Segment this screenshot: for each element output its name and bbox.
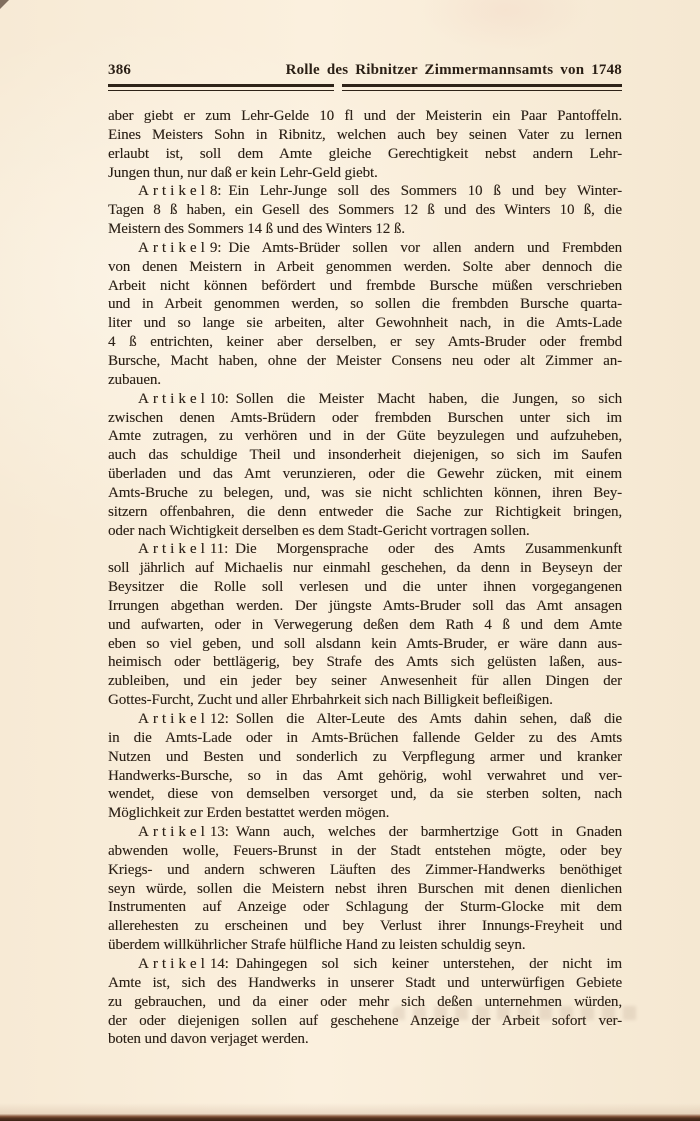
artikel-number: 10: — [210, 391, 229, 407]
text-line: boten und davon verjaget werden. — [108, 1030, 622, 1049]
paragraph-artikel-11: Artikel11:Die Morgensprache oder des Amt… — [108, 540, 622, 710]
paragraph-artikel-9: Artikel9:Die Amts-Brüder sollen vor alle… — [108, 239, 622, 390]
text-line: Artikel10:Sollen die Meister Macht haben… — [108, 390, 622, 409]
text-line: allerehesten zu erscheinen und bey Verlu… — [108, 917, 622, 936]
artikel-label: Artikel — [138, 183, 209, 199]
text-line: wendet, diese von demselben versorget un… — [108, 785, 622, 804]
page-number: 386 — [108, 62, 131, 79]
artikel-first-line: Die Morgensprache oder des Amts Zusammen… — [235, 541, 622, 557]
paragraph-artikel-12: Artikel12:Sollen die Alter-Leute des Amt… — [108, 710, 622, 823]
artikel-number: 13: — [210, 824, 229, 840]
text-line: zubauen. — [108, 371, 622, 390]
text-line: heimisch oder bettlägerig, bey Strafe de… — [108, 653, 622, 672]
text-line: 4 ß entrichten, keiner aber derselben, e… — [108, 333, 622, 352]
text-line: oder nach Wichtigkeit derselben es dem S… — [108, 522, 622, 541]
text-line: und aufwarten, oder in Verwegerung deßen… — [108, 616, 622, 635]
text-line: Arbeit nicht können befördert und frembd… — [108, 277, 622, 296]
artikel-number: 9: — [210, 240, 221, 256]
text-line: und in Arbeit genommen werden, so sollen… — [108, 295, 622, 314]
text-line: Kriegs- und andern schweren Läuften des … — [108, 861, 622, 880]
text-line: in die Amts-Lade oder in Amts-Brüchen fa… — [108, 729, 622, 748]
text-line: überdem willkührlicher Strafe hülfliche … — [108, 936, 622, 955]
artikel-first-line: Die Amts-Brüder sollen vor allen andern … — [228, 240, 622, 256]
text-line: Handwerks-Bursche, so in das Amt gehörig… — [108, 767, 622, 786]
artikel-label: Artikel — [138, 541, 209, 557]
text-line: erlaubt ist, soll dem Amte gleiche Gerec… — [108, 145, 622, 164]
artikel-label: Artikel — [138, 711, 209, 727]
artikel-number: 11: — [210, 541, 228, 557]
text-line: Bursche, Macht haben, ohne der Meister C… — [108, 352, 622, 371]
artikel-label: Artikel — [138, 240, 209, 256]
artikel-first-line: Sollen die Alter-Leute des Amts dahin se… — [236, 711, 622, 727]
text-line: Eines Meisters Sohn in Ribnitz, welchen … — [108, 126, 622, 145]
scanned-book-page: 386 Rolle des Ribnitzer Zimmermannsamts … — [0, 0, 700, 1121]
text-line: Gottes-Furcht, Zucht und aller Ehrbahrke… — [108, 691, 622, 710]
text-line: Jungen thun, nur daß er kein Lehr-Geld g… — [108, 164, 622, 183]
text-line: Möglichkeit zur Erden bestattet werden m… — [108, 804, 622, 823]
text-line: Artikel13:Wann auch, welches der barmher… — [108, 823, 622, 842]
artikel-number: 12: — [210, 711, 229, 727]
text-line: soll jährlich auf Michaelis nur einmahl … — [108, 559, 622, 578]
artikel-first-line: Dahingegen sol sich keiner unterstehen, … — [236, 956, 622, 972]
text-line: auch das schuldige Theil und insonderhei… — [108, 446, 622, 465]
artikel-label: Artikel — [138, 824, 209, 840]
text-line: Artikel9:Die Amts-Brüder sollen vor alle… — [108, 239, 622, 258]
page-header: 386 Rolle des Ribnitzer Zimmermannsamts … — [108, 62, 622, 79]
paragraph-artikel-10: Artikel10:Sollen die Meister Macht haben… — [108, 390, 622, 541]
text-line: von denen Meistern in Arbeit genommen we… — [108, 258, 622, 277]
paragraph-artikel-14: Artikel14:Dahingegen sol sich keiner unt… — [108, 955, 622, 1049]
text-line: Amte ist, sich des Handwerks in unserer … — [108, 974, 622, 993]
text-line: abwenden wolle, Feuers-Brunst in der Sta… — [108, 842, 622, 861]
text-line: Artikel8:Ein Lehr-Junge soll des Sommers… — [108, 182, 622, 201]
text-line: Artikel11:Die Morgensprache oder des Amt… — [108, 540, 622, 559]
paragraph-artikel-13: Artikel13:Wann auch, welches der barmher… — [108, 823, 622, 955]
text-line: Irrungen abgethan werden. Der jüngste Am… — [108, 597, 622, 616]
scan-corner-mark — [0, 0, 9, 9]
text-line: Beysitzer die Rolle soll verlesen und di… — [108, 578, 622, 597]
text-line: sitzern offenbahren, die denn entweder d… — [108, 503, 622, 522]
ink-bleedthrough — [392, 1006, 644, 1020]
text-line: überladen und das Amt verunzieren, oder … — [108, 465, 622, 484]
artikel-label: Artikel — [138, 391, 209, 407]
text-line: Artikel12:Sollen die Alter-Leute des Amt… — [108, 710, 622, 729]
scan-edge-shadow — [0, 1103, 700, 1121]
text-block: aber giebt er zum Lehr-Gelde 10 fl und d… — [108, 107, 622, 1049]
text-line: Amte zutragen, zu verhören und in der Gü… — [108, 427, 622, 446]
text-line: Tagen 8 ß haben, ein Gesell des Sommers … — [108, 201, 622, 220]
paragraph-continuation: aber giebt er zum Lehr-Gelde 10 fl und d… — [108, 107, 622, 182]
text-line: zubleiben, und ein jeder bey seiner Anwe… — [108, 672, 622, 691]
running-title: Rolle des Ribnitzer Zimmermannsamts von … — [286, 62, 622, 79]
text-line: Nutzen und Besten und sonderlich zu Verp… — [108, 748, 622, 767]
artikel-first-line: Ein Lehr-Junge soll des Sommers 10 ß und… — [228, 183, 622, 199]
text-line: aber giebt er zum Lehr-Gelde 10 fl und d… — [108, 107, 622, 126]
rule-thin — [108, 87, 622, 91]
text-line: eben so viel geben, und soll alsdann kei… — [108, 635, 622, 654]
rule-thick — [108, 84, 622, 87]
text-line: Instrumenten auf Anzeige oder Schlagung … — [108, 898, 622, 917]
text-line: Artikel14:Dahingegen sol sich keiner unt… — [108, 955, 622, 974]
text-line: zwischen denen Amts-Brüdern oder frembde… — [108, 409, 622, 428]
artikel-first-line: Wann auch, welches der barmhertzige Gott… — [236, 824, 622, 840]
text-line: liter und so lange sie arbeiten, alter G… — [108, 314, 622, 333]
artikel-number: 14: — [210, 956, 229, 972]
artikel-number: 8: — [210, 183, 221, 199]
text-line: Meistern des Sommers 14 ß und des Winter… — [108, 220, 622, 239]
artikel-first-line: Sollen die Meister Macht haben, die Jung… — [236, 391, 622, 407]
text-line: seyn würde, sollen die Meistern nebst ih… — [108, 880, 622, 899]
artikel-label: Artikel — [138, 956, 209, 972]
header-double-rule — [108, 84, 622, 91]
paragraph-artikel-8: Artikel8:Ein Lehr-Junge soll des Sommers… — [108, 182, 622, 239]
text-line: Amts-Bruche zu belegen, und, was sie nic… — [108, 484, 622, 503]
